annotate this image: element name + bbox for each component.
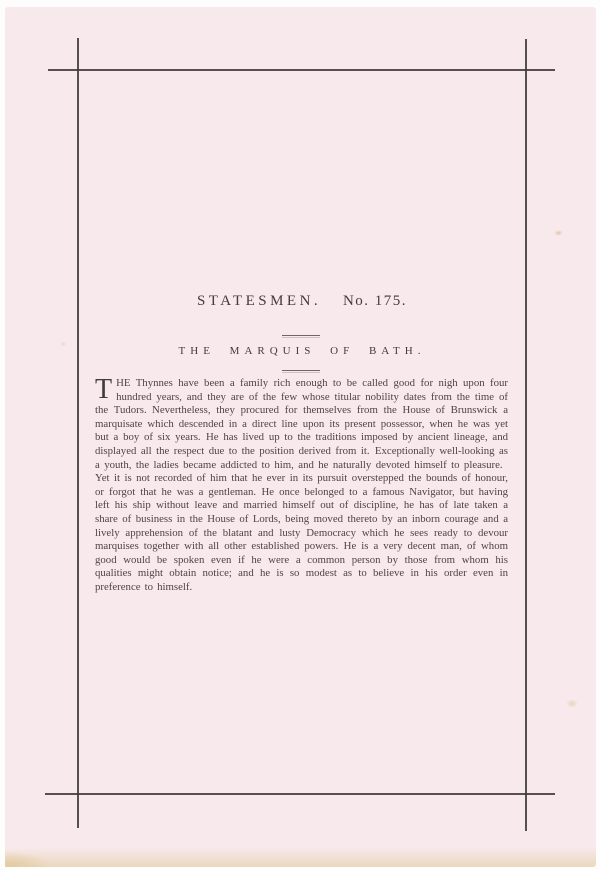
drop-cap: T xyxy=(95,377,116,401)
paper-edge-discoloration xyxy=(5,851,51,867)
frame-rule-left xyxy=(77,38,79,828)
divider-rule-upper xyxy=(282,335,320,336)
frame-rule-right xyxy=(525,39,527,831)
series-number: No. 175. xyxy=(343,293,407,309)
series-heading: STATESMEN. No. 175. xyxy=(78,293,526,310)
fox-spot xyxy=(554,230,563,236)
article-text: THE Thynnes have been a family rich enou… xyxy=(95,377,508,595)
frame-rule-top xyxy=(48,69,555,71)
divider-rule-lower xyxy=(282,370,320,371)
article-body: HE Thynnes have been a family rich enoug… xyxy=(95,377,508,593)
fox-spot xyxy=(566,699,578,708)
fox-spot xyxy=(60,341,67,347)
scanned-page: STATESMEN. No. 175. THE MARQUIS OF BATH.… xyxy=(0,0,600,870)
subject-title: THE MARQUIS OF BATH. xyxy=(78,345,526,357)
series-title: STATESMEN. xyxy=(197,293,321,309)
frame-rule-bottom xyxy=(45,793,555,795)
